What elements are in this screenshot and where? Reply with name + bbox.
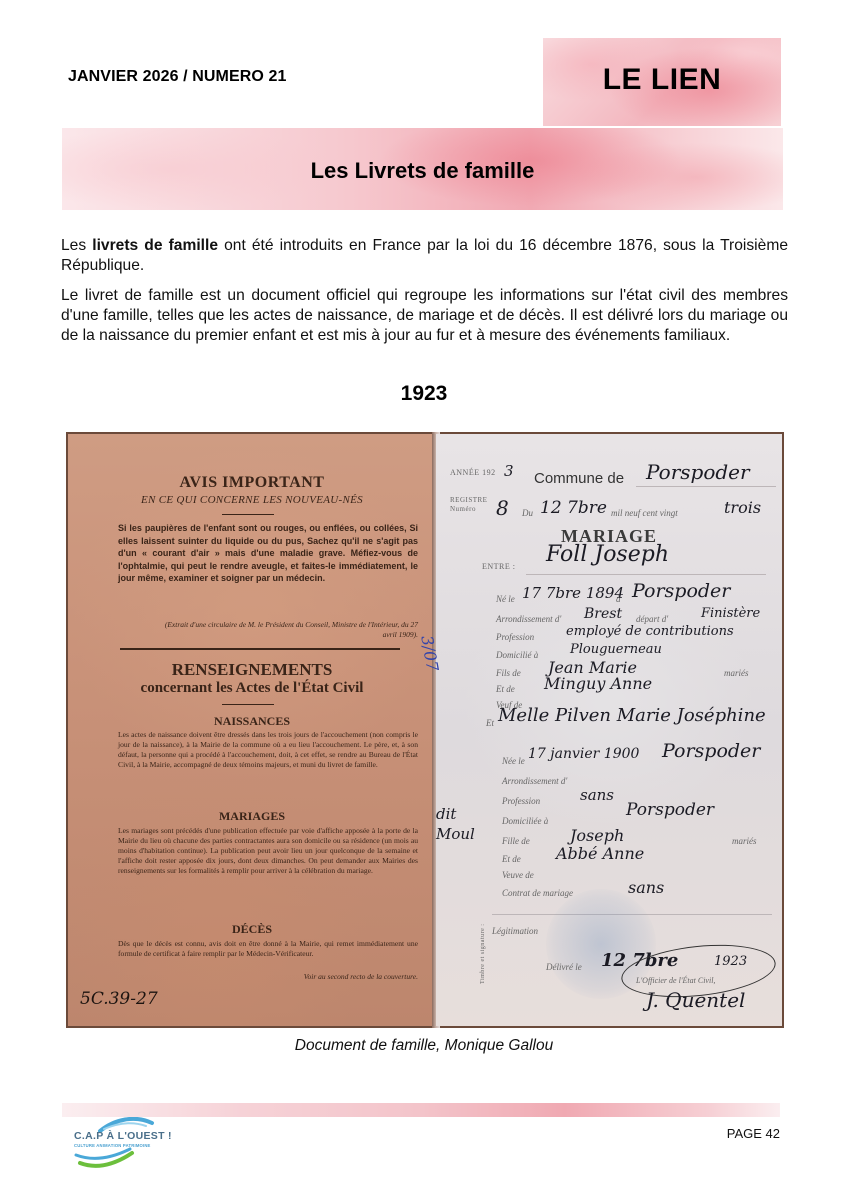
livret-de-famille-photo: AVIS IMPORTANT EN CE QUI CONCERNE LES NO… [66,432,784,1028]
wife-name: Melle Pilven Marie Joséphine [498,704,768,728]
departement-label: départ d' [636,614,668,624]
logo-subtext: CULTURE ANIMATION PATRIMOINE [74,1143,151,1148]
form-line [526,574,766,575]
footer-band [62,1103,780,1117]
legitimation-label: Légitimation [492,926,538,936]
livret-left-page: AVIS IMPORTANT EN CE QUI CONCERNE LES NO… [68,434,436,1026]
form-line [636,486,776,487]
registre-value: 8 [496,496,509,520]
publication-title: LE LIEN [603,63,722,97]
officer-signature: J. Quentel [646,988,745,1012]
commune-label: Commune de [534,470,624,487]
figure-year-heading: 1923 [0,382,848,406]
du-label: Du [522,508,533,518]
deces-note: Voir au second recto de la couverture. [158,972,418,982]
a-label: à [616,594,621,604]
profession-label: Profession [496,632,534,642]
year-words-label: mil neuf cent vingt [611,508,678,518]
fille-de-label: Fille de [502,836,530,846]
intro-bold-term: livrets de famille [92,237,218,254]
contrat-label: Contrat de mariage [502,888,573,898]
mariages-heading: MARIAGES [68,809,436,824]
livret-right-page: ANNÉE 192 3 Commune de Porspoder REGISTR… [436,434,782,1026]
nee-le-label: Née le [502,756,525,766]
handwritten-reference: 5C.39-27 [80,989,158,1009]
timbre-label: Timbre et signature : [480,924,486,984]
avis-text: Si les paupières de l'enfant sont ou rou… [118,522,418,585]
husband-name: Foll Joseph [546,542,669,567]
avis-title: AVIS IMPORTANT [68,474,436,492]
year-words-value: trois [724,498,761,517]
divider [222,514,274,515]
profession-label-2: Profession [502,796,540,806]
maries-label-2: mariés [732,836,757,846]
cap-a-louest-logo: C.A.P À L'OUEST ! CULTURE ANIMATION PATR… [70,1117,180,1171]
description-paragraph: Le livret de famille est un document off… [61,286,788,346]
husband-birthplace: Porspoder [632,580,730,602]
annee-label: ANNÉE 192 [450,468,496,477]
wife-mother: Abbé Anne [556,844,644,863]
departement-value: Finistère [701,606,760,621]
fils-de-label: Fils de [496,668,521,678]
renseignements-subtitle: concernant les Actes de l'État Civil [68,680,436,697]
intro-lead-text: Les [61,237,92,254]
et-de-label: Et de [496,684,515,694]
masthead-banner: LE LIEN [543,38,781,126]
entre-label: ENTRE : [482,562,516,571]
domiciliee-label: Domiciliée à [502,816,548,826]
husband-birth-date: 17 7bre 1894 [522,584,624,602]
avis-subtitle: EN CE QUI CONCERNE LES NOUVEAU-NÉS [68,494,436,506]
deces-text: Dès que le décès est connu, avis doit en… [118,939,418,959]
issue-date-number: JANVIER 2026 / NUMERO 21 [68,68,286,86]
commune-value: Porspoder [646,460,750,484]
ne-le-label: Né le [496,594,515,604]
et-de-label-2: Et de [502,854,521,864]
husband-domicile: Plouguerneau [570,642,662,657]
arrondissement-label-2: Arrondissement d' [502,776,567,786]
wife-profession: sans [580,786,614,804]
maries-label: mariés [724,668,749,678]
mariage-date: 12 7bre [540,498,607,518]
veuve-label: Veuve de [502,870,534,880]
contrat-value: sans [628,878,664,897]
husband-mother: Minguy Anne [544,674,652,693]
wife-birth-date: 17 janvier 1900 [528,746,639,762]
husband-profession: employé de contributions [566,624,734,639]
naissances-text: Les actes de naissance doivent être dres… [118,730,418,770]
divider [120,648,400,650]
arrondissement-value: Brest [584,606,622,622]
section-title: Les Livrets de famille [311,158,535,184]
page-number: PAGE 42 [727,1126,780,1141]
logo-text: C.A.P À L'OUEST ! [74,1130,172,1142]
delivre-label: Délivré le [546,962,582,972]
wife-father: Joseph [570,826,624,845]
mariages-text: Les mariages sont précédés d'une publica… [118,826,418,876]
registre-label: REGISTRE Numéro [450,496,500,514]
margin-note-dit: dit Moul [436,804,476,844]
figure-caption: Document de famille, Monique Gallou [0,1037,848,1055]
divider [222,704,274,705]
naissances-heading: NAISSANCES [68,714,436,729]
renseignements-title: RENSEIGNEMENTS [68,660,436,680]
intro-paragraph: Les livrets de famille ont été introduit… [61,236,788,276]
arrondissement-label: Arrondissement d' [496,614,561,624]
et-label: Et [486,718,494,728]
wife-birthplace: Porspoder [662,740,760,762]
annee-value: 3 [504,462,514,480]
deces-heading: DÉCÈS [68,922,436,937]
section-banner: Les Livrets de famille [62,128,783,210]
domicile-label: Domicilié à [496,650,538,660]
wife-domicile: Porspoder [626,800,714,820]
avis-source: (Extrait d'une circulaire de M. le Prési… [158,620,418,640]
